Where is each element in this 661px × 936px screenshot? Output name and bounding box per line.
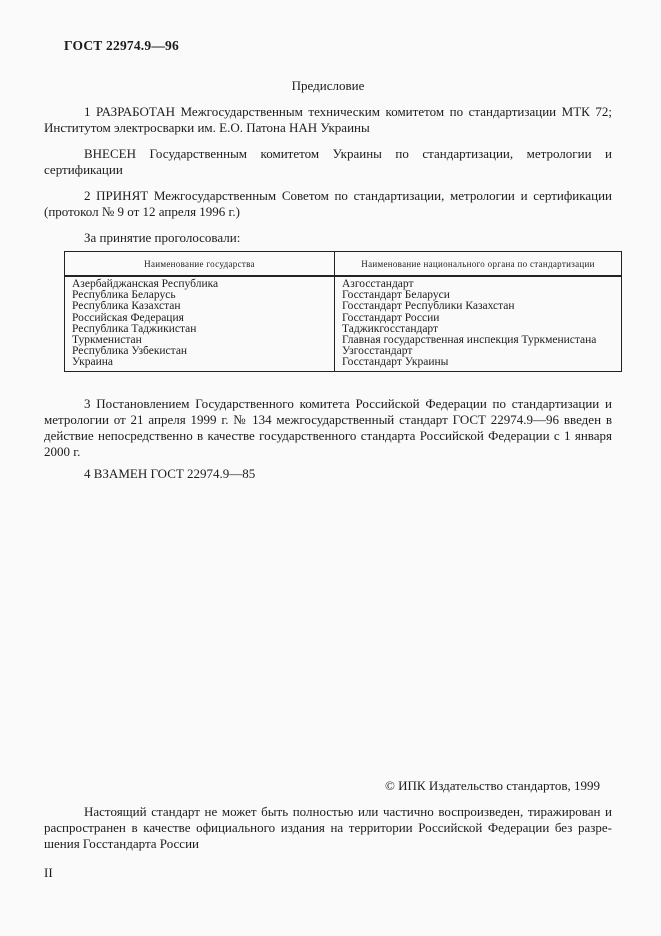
- agency-cell: Таджикгосстандарт: [335, 324, 622, 335]
- para-submitted: ВНЕСЕН Государственным комитетом Украины…: [44, 146, 612, 178]
- table-row: Республика Казахстан Госстандарт Республ…: [65, 301, 622, 312]
- preface-title: Предисловие: [44, 78, 612, 94]
- table-row: Украина Госстандарт Украины: [65, 357, 622, 371]
- vote-intro: За принятие проголосовали:: [44, 230, 612, 246]
- vote-table-head: Наименование государства Наименование на…: [65, 252, 622, 277]
- country-cell: Азербайджанская Республика: [65, 276, 335, 290]
- vote-table-header-agency: Наименование национального органа по ста…: [335, 252, 622, 277]
- table-row: Республика Таджикистан Таджикгосстандарт: [65, 324, 622, 335]
- country-cell: Республика Узбекистан: [65, 346, 335, 357]
- vote-table-header-country: Наименование государства: [65, 252, 335, 277]
- para-replaces: 4 ВЗАМЕН ГОСТ 22974.9—85: [44, 466, 612, 482]
- country-cell: Республика Таджикистан: [65, 324, 335, 335]
- agency-cell: Главная государственная инспекция Туркме…: [335, 335, 622, 346]
- table-row: Азербайджанская Республика Азгосстандарт: [65, 276, 622, 290]
- para-adopted: 2 ПРИНЯТ Межгосударственным Советом по с…: [44, 188, 612, 220]
- para-developed: 1 РАЗРАБОТАН Межгосударственным техничес…: [44, 104, 612, 136]
- agency-cell: Госстандарт России: [335, 313, 622, 324]
- agency-cell: Узгосстандарт: [335, 346, 622, 357]
- country-cell: Украина: [65, 357, 335, 371]
- country-cell: Республика Казахстан: [65, 301, 335, 312]
- vote-table-header-row: Наименование государства Наименование на…: [65, 252, 622, 277]
- country-cell: Российская Федерация: [65, 313, 335, 324]
- copyright-line: © ИПК Издательство стандартов, 1999: [44, 778, 612, 794]
- para-decree: 3 Постановлением Государственного комите…: [44, 396, 612, 460]
- vote-table: Наименование государства Наименование на…: [64, 251, 622, 372]
- agency-cell: Госстандарт Республики Казахстан: [335, 301, 622, 312]
- vote-table-body: Азербайджанская Республика Азгосстандарт…: [65, 276, 622, 371]
- reproduction-notice: Настоящий стандарт не может быть полност…: [44, 804, 612, 852]
- agency-cell: Госстандарт Беларуси: [335, 290, 622, 301]
- document-page: ГОСТ 22974.9—96 Предисловие 1 РАЗРАБОТАН…: [0, 0, 661, 936]
- table-row: Туркменистан Главная государственная инс…: [65, 335, 622, 346]
- table-row: Российская Федерация Госстандарт России: [65, 313, 622, 324]
- country-cell: Республика Беларусь: [65, 290, 335, 301]
- table-row: Республика Беларусь Госстандарт Беларуси: [65, 290, 622, 301]
- doc-code-header: ГОСТ 22974.9—96: [64, 38, 612, 54]
- table-row: Республика Узбекистан Узгосстандарт: [65, 346, 622, 357]
- page-number: II: [44, 865, 612, 881]
- agency-cell: Азгосстандарт: [335, 276, 622, 290]
- agency-cell: Госстандарт Украины: [335, 357, 622, 371]
- country-cell: Туркменистан: [65, 335, 335, 346]
